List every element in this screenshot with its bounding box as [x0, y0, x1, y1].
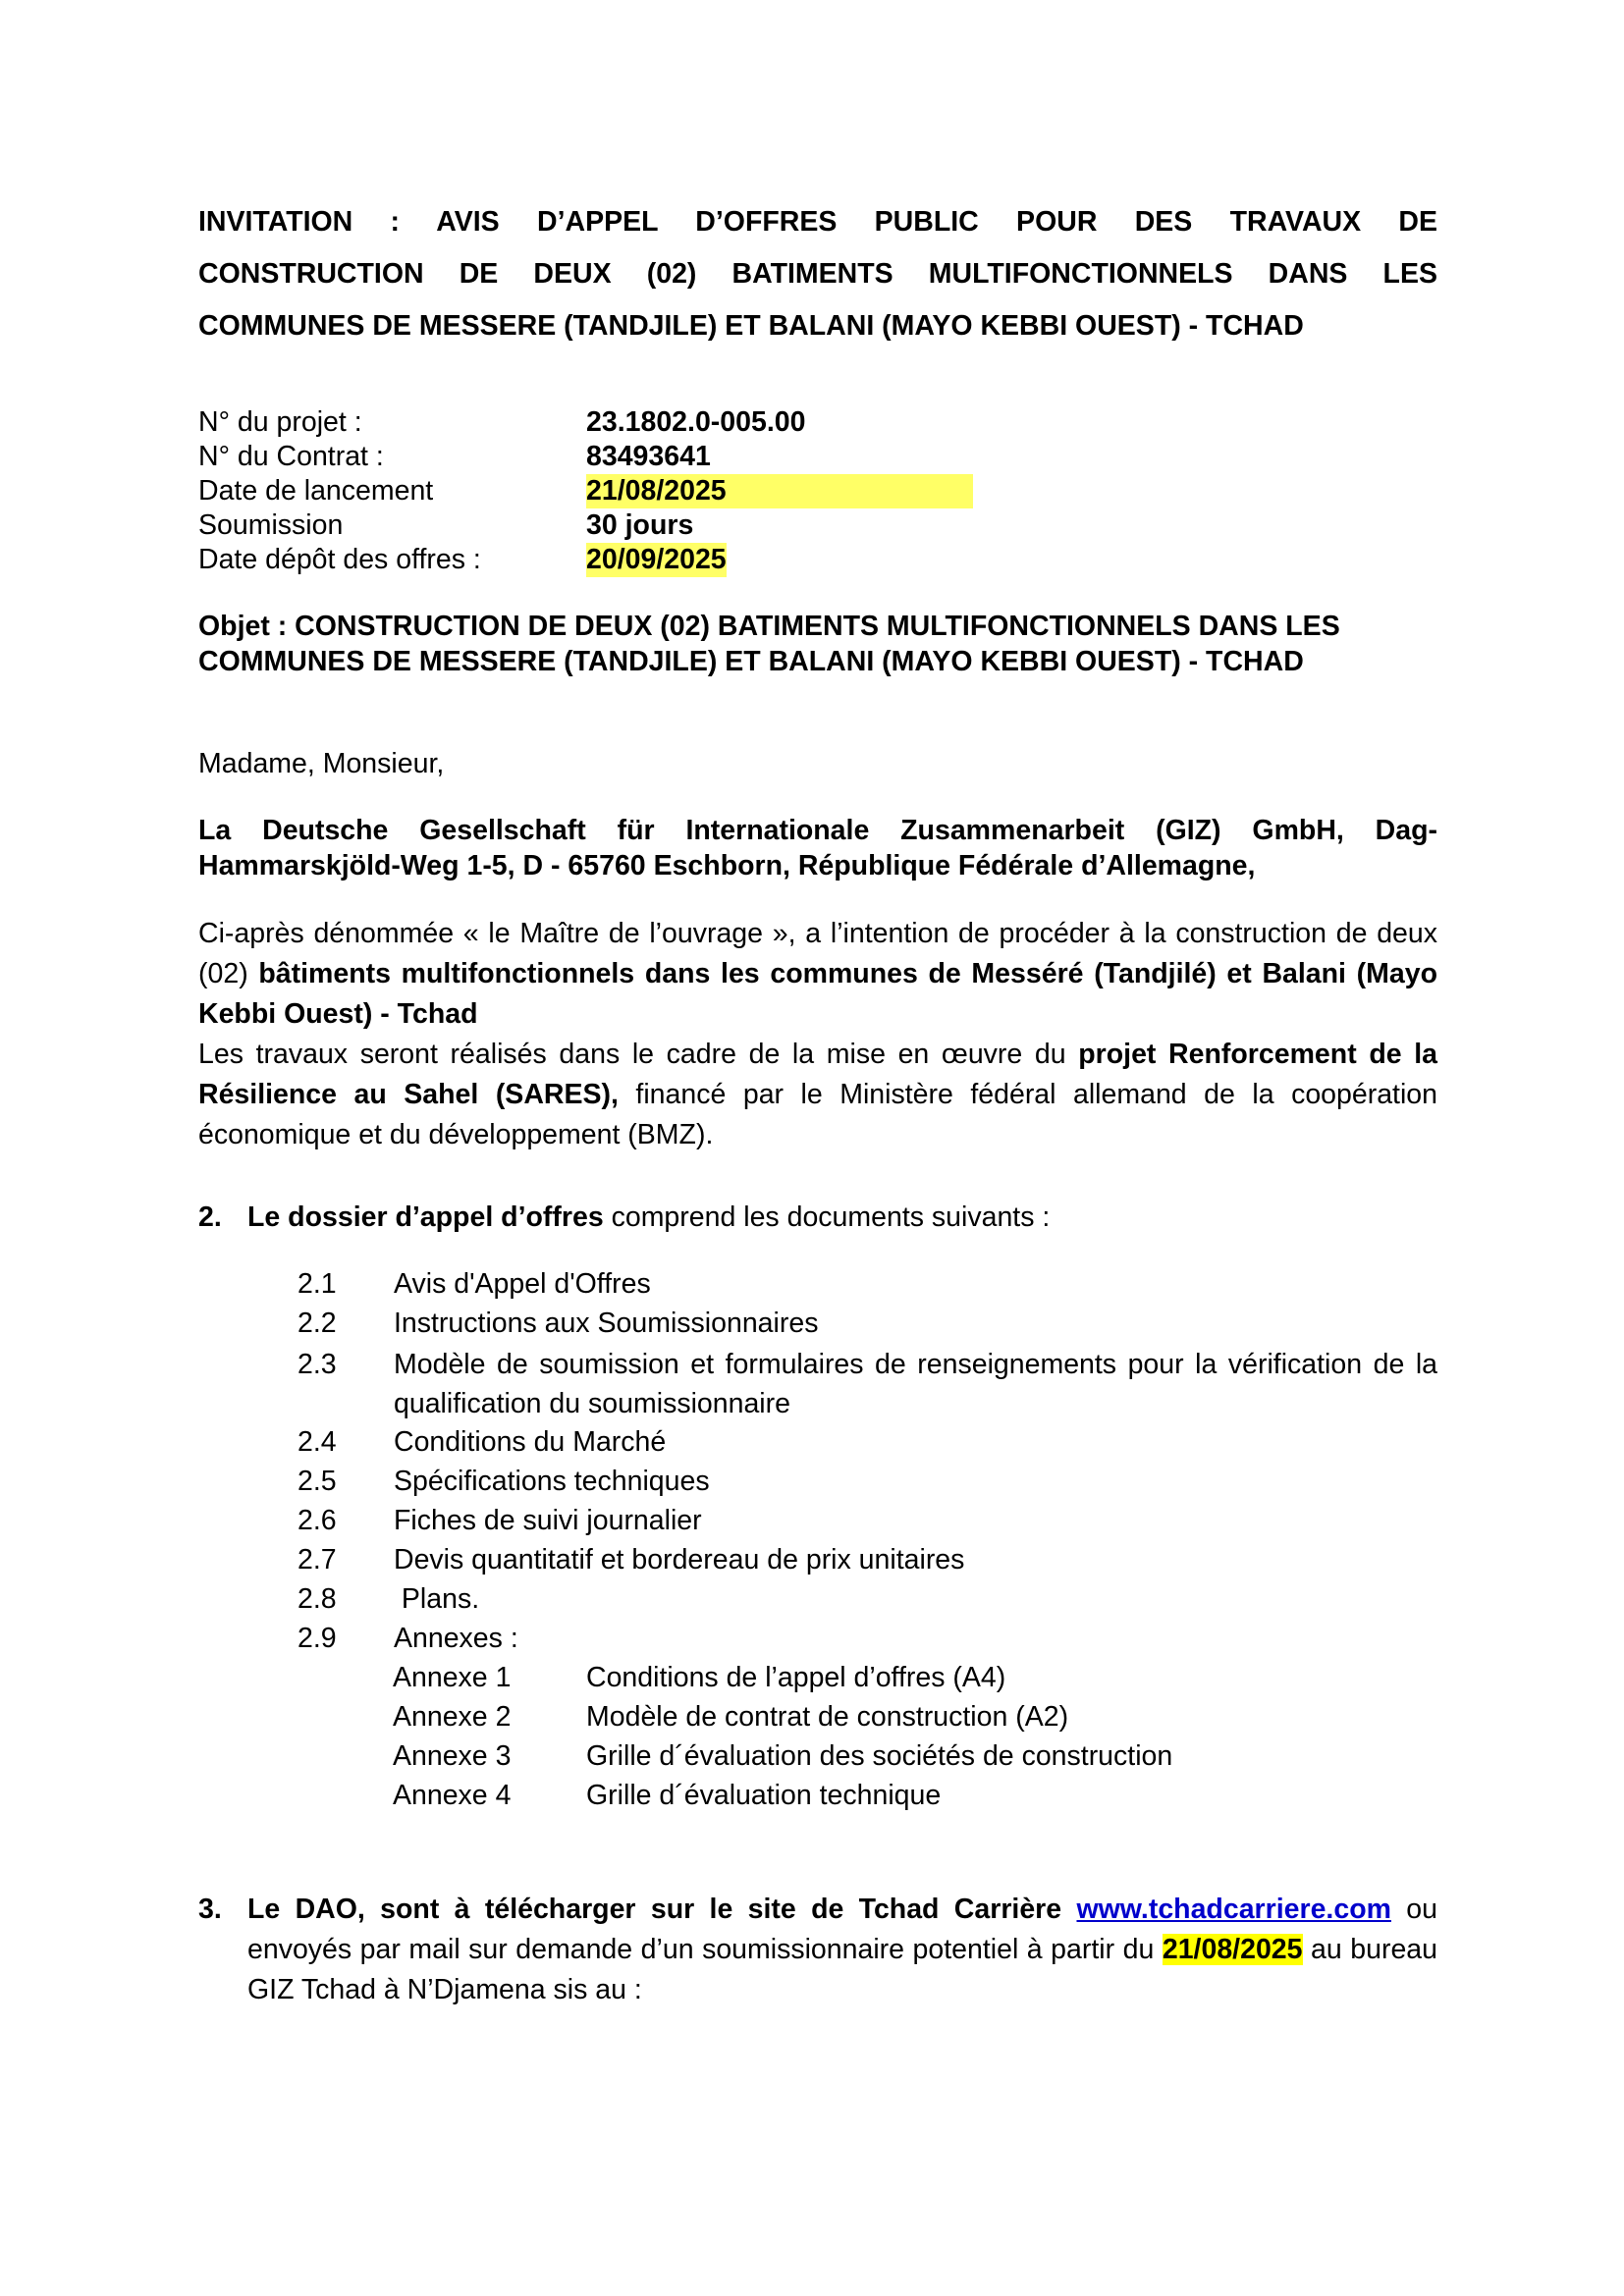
annex-name: Annexe 4 [393, 1778, 511, 1813]
meta-label: N° du projet : [198, 405, 362, 440]
title-line-2: CONSTRUCTION DE DEUX (02) BATIMENTS MULT… [198, 248, 1437, 300]
tchadcarriere-link[interactable]: www.tchadcarriere.com [1076, 1894, 1391, 1925]
meta-value: 20/09/2025 [586, 543, 727, 577]
meta-value: 83493641 [586, 440, 711, 474]
salutation: Madame, Monsieur, [198, 746, 444, 781]
annex-name: Annexe 1 [393, 1660, 511, 1695]
objet: Objet : CONSTRUCTION DE DEUX (02) BATIME… [198, 609, 1437, 679]
meta-row-soumission: Soumission 30 jours [198, 508, 1082, 543]
item-label: Annexes : [394, 1621, 1437, 1656]
meta-label: Date dépôt des offres : [198, 543, 481, 577]
item-number: 2.4 [298, 1424, 337, 1460]
annex-desc: Grille d´évaluation technique [586, 1778, 941, 1813]
meta-label: Date de lancement [198, 474, 433, 508]
meta-value: 21/08/2025 [586, 474, 727, 508]
item-number: 2.5 [298, 1464, 337, 1499]
meta-value: 30 jours [586, 508, 693, 543]
section-2-heading: 2. Le dossier d’appel d’offres comprend … [0, 1200, 1624, 1239]
meta-label: N° du Contrat : [198, 440, 384, 474]
item-label: Instructions aux Soumissionnaires [394, 1306, 1437, 1341]
intro-text-2: Les travaux seront réalisés dans le cadr… [198, 1039, 1078, 1070]
meta-label: Soumission [198, 508, 343, 543]
item-number: 2.7 [298, 1542, 337, 1577]
item-label: Avis d'Appel d'Offres [394, 1266, 1437, 1302]
annex-name: Annexe 3 [393, 1738, 511, 1774]
document-title: INVITATION : AVIS D’APPEL D’OFFRES PUBLI… [198, 196, 1437, 352]
annex-desc: Grille d´évaluation des sociétés de cons… [586, 1738, 1172, 1774]
item-number: 2.9 [298, 1621, 337, 1656]
giz-address: La Deutsche Gesellschaft für Internation… [198, 813, 1437, 883]
title-line-3: COMMUNES DE MESSERE (TANDJILE) ET BALANI… [198, 300, 1437, 352]
item-number: 2.1 [298, 1266, 337, 1302]
intro-paragraph: Ci-après dénommée « le Maître de l’ouvra… [198, 914, 1437, 1155]
section-2-bold: Le dossier d’appel d’offres [247, 1201, 604, 1233]
highlighted-date: 21/08/2025 [1163, 1934, 1303, 1965]
item-label: Fiches de suivi journalier [394, 1503, 1437, 1538]
item-number: 2.6 [298, 1503, 337, 1538]
item-label: Devis quantitatif et bordereau de prix u… [394, 1542, 1437, 1577]
annex-desc: Modèle de contrat de construction (A2) [586, 1699, 1068, 1735]
section-number: 3. [198, 1890, 222, 1930]
meta-value: 23.1802.0-005.00 [586, 405, 805, 440]
item-number: 2.3 [298, 1345, 337, 1384]
item-label: Plans. [394, 1581, 1437, 1617]
item-label: Modèle de soumission et formulaires de r… [394, 1345, 1437, 1423]
section-2-text: Le dossier d’appel d’offres comprend les… [247, 1200, 1050, 1235]
section-number: 2. [198, 1200, 222, 1235]
section-3-body: Le DAO, sont à télécharger sur le site d… [247, 1890, 1437, 2010]
item-label: Spécifications techniques [394, 1464, 1437, 1499]
meta-row-contrat: N° du Contrat : 83493641 [198, 440, 1082, 474]
item-label: Conditions du Marché [394, 1424, 1437, 1460]
section-3-bold: Le DAO, sont à télécharger sur le site d… [247, 1894, 1076, 1925]
intro-bold: bâtiments multifonctionnels dans les com… [198, 958, 1437, 1030]
meta-row-depot: Date dépôt des offres : 20/09/2025 [198, 543, 1082, 577]
meta-row-lancement: Date de lancement 21/08/2025 [198, 474, 1082, 508]
document-page: INVITATION : AVIS D’APPEL D’OFFRES PUBLI… [0, 0, 1624, 2296]
meta-row-projet: N° du projet : 23.1802.0-005.00 [198, 405, 1082, 440]
section-2-rest: comprend les documents suivants : [604, 1201, 1051, 1233]
annex-name: Annexe 2 [393, 1699, 511, 1735]
title-line-1: INVITATION : AVIS D’APPEL D’OFFRES PUBLI… [198, 196, 1437, 248]
item-number: 2.2 [298, 1306, 337, 1341]
annex-desc: Conditions de l’appel d’offres (A4) [586, 1660, 1005, 1695]
item-number: 2.8 [298, 1581, 337, 1617]
